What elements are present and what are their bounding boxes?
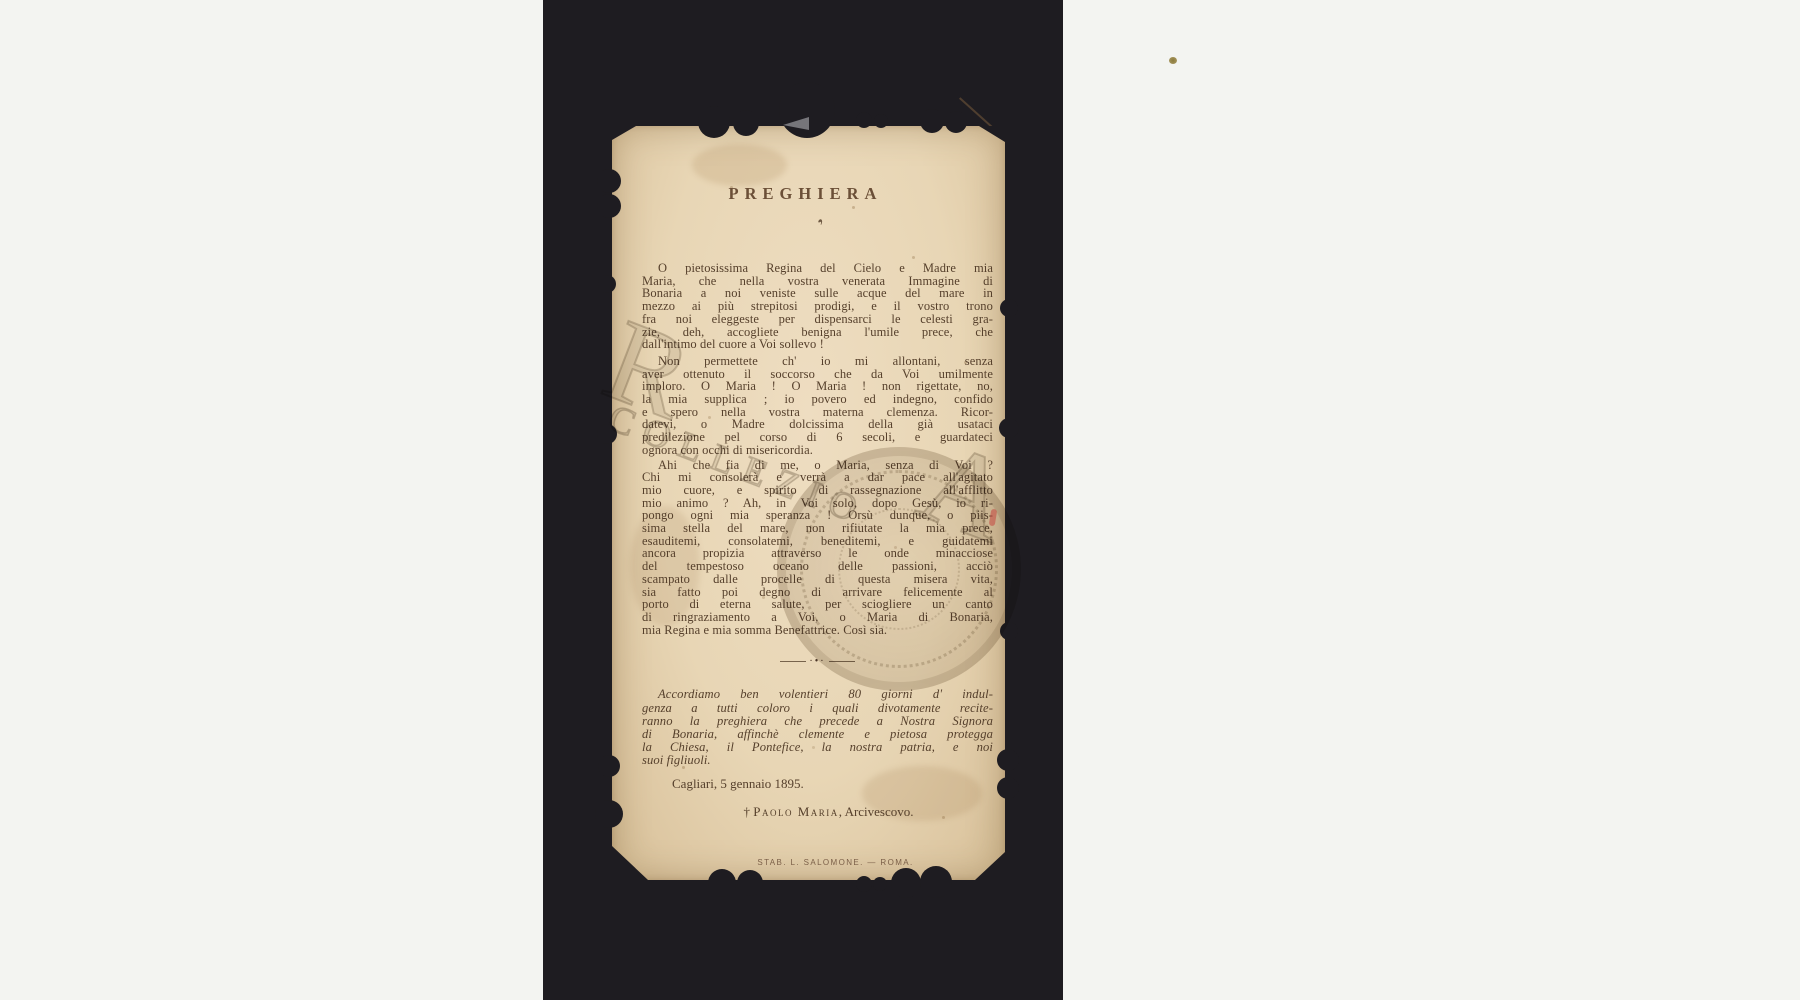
prayer-paragraph-1: O pietosissima Regina del Cielo e Madre … (642, 262, 993, 351)
archive-seal-watermark (777, 447, 1021, 691)
edge-notch (856, 112, 872, 128)
edge-notch (856, 876, 872, 892)
edge-notch (945, 111, 967, 133)
corner-cut (612, 846, 648, 880)
edge-notch (874, 114, 888, 128)
scan-page: { "colors": { "background": "#f3f4f1", "… (0, 0, 1800, 1000)
edge-notch (708, 869, 736, 897)
text-line: O pietosissima Regina del Cielo e Madre … (642, 262, 993, 275)
page-title: PREGHIERA (642, 184, 993, 204)
indulgence-note: Accordiamo ben volentieri 80 giorni d' i… (642, 688, 993, 767)
edge-notch (733, 110, 759, 136)
text-line: Accordiamo ben volentieri 80 giorni d' i… (642, 688, 993, 701)
text-line: la mia supplica ; io povero ed indegno, … (642, 393, 993, 406)
text-line: Non permettete ch' io mi allontani, senz… (642, 355, 993, 368)
cross-icon: † (743, 804, 750, 819)
edge-notch (1000, 299, 1018, 317)
dateline: Cagliari, 5 gennaio 1895. (642, 776, 993, 791)
edge-notch (597, 169, 621, 193)
text-line: predilezione pel corso di 6 secoli, e gu… (642, 431, 993, 444)
edge-notch (598, 755, 620, 777)
text-line: fra noi eleggeste per dispensarci le cel… (642, 313, 993, 326)
edge-notch (595, 800, 623, 828)
printer-imprint: STAB. L. SALOMONE. — ROMA. (642, 858, 993, 867)
edge-notch (997, 749, 1019, 771)
edge-notch (597, 424, 617, 444)
corner-cut (975, 852, 1005, 880)
signature-name: Paolo Maria (753, 804, 839, 819)
corner-cut (612, 126, 636, 140)
seal-core-ring (838, 508, 960, 630)
edge-notch (698, 106, 730, 138)
edge-notch (598, 275, 616, 293)
edge-notch (737, 870, 763, 896)
edge-notch (873, 877, 887, 891)
prayer-paragraph-2: Non permettete ch' io mi allontani, senz… (642, 355, 993, 457)
edge-notch (920, 866, 952, 898)
text-line: suoi figliuoli. (642, 754, 993, 767)
title-ornament: , (642, 210, 993, 226)
edge-notch (920, 109, 944, 133)
text-line: dall'intimo del cuore a Voi sollevo ! (642, 338, 993, 351)
corner-cut (979, 126, 1005, 142)
signature: † Paolo Maria, Arcivescovo. (642, 804, 993, 820)
edge-notch (997, 777, 1019, 799)
text-line: mezzo ai più strepitosi prodigi, e il vo… (642, 300, 993, 313)
edge-notch (597, 194, 621, 218)
edge-notch (999, 418, 1019, 438)
paper-speck (1169, 57, 1177, 64)
text-line: genza a tutti coloro i quali divotamente… (642, 702, 993, 715)
edge-notch (891, 868, 921, 898)
signature-suffix: , Arcivescovo. (839, 804, 914, 819)
